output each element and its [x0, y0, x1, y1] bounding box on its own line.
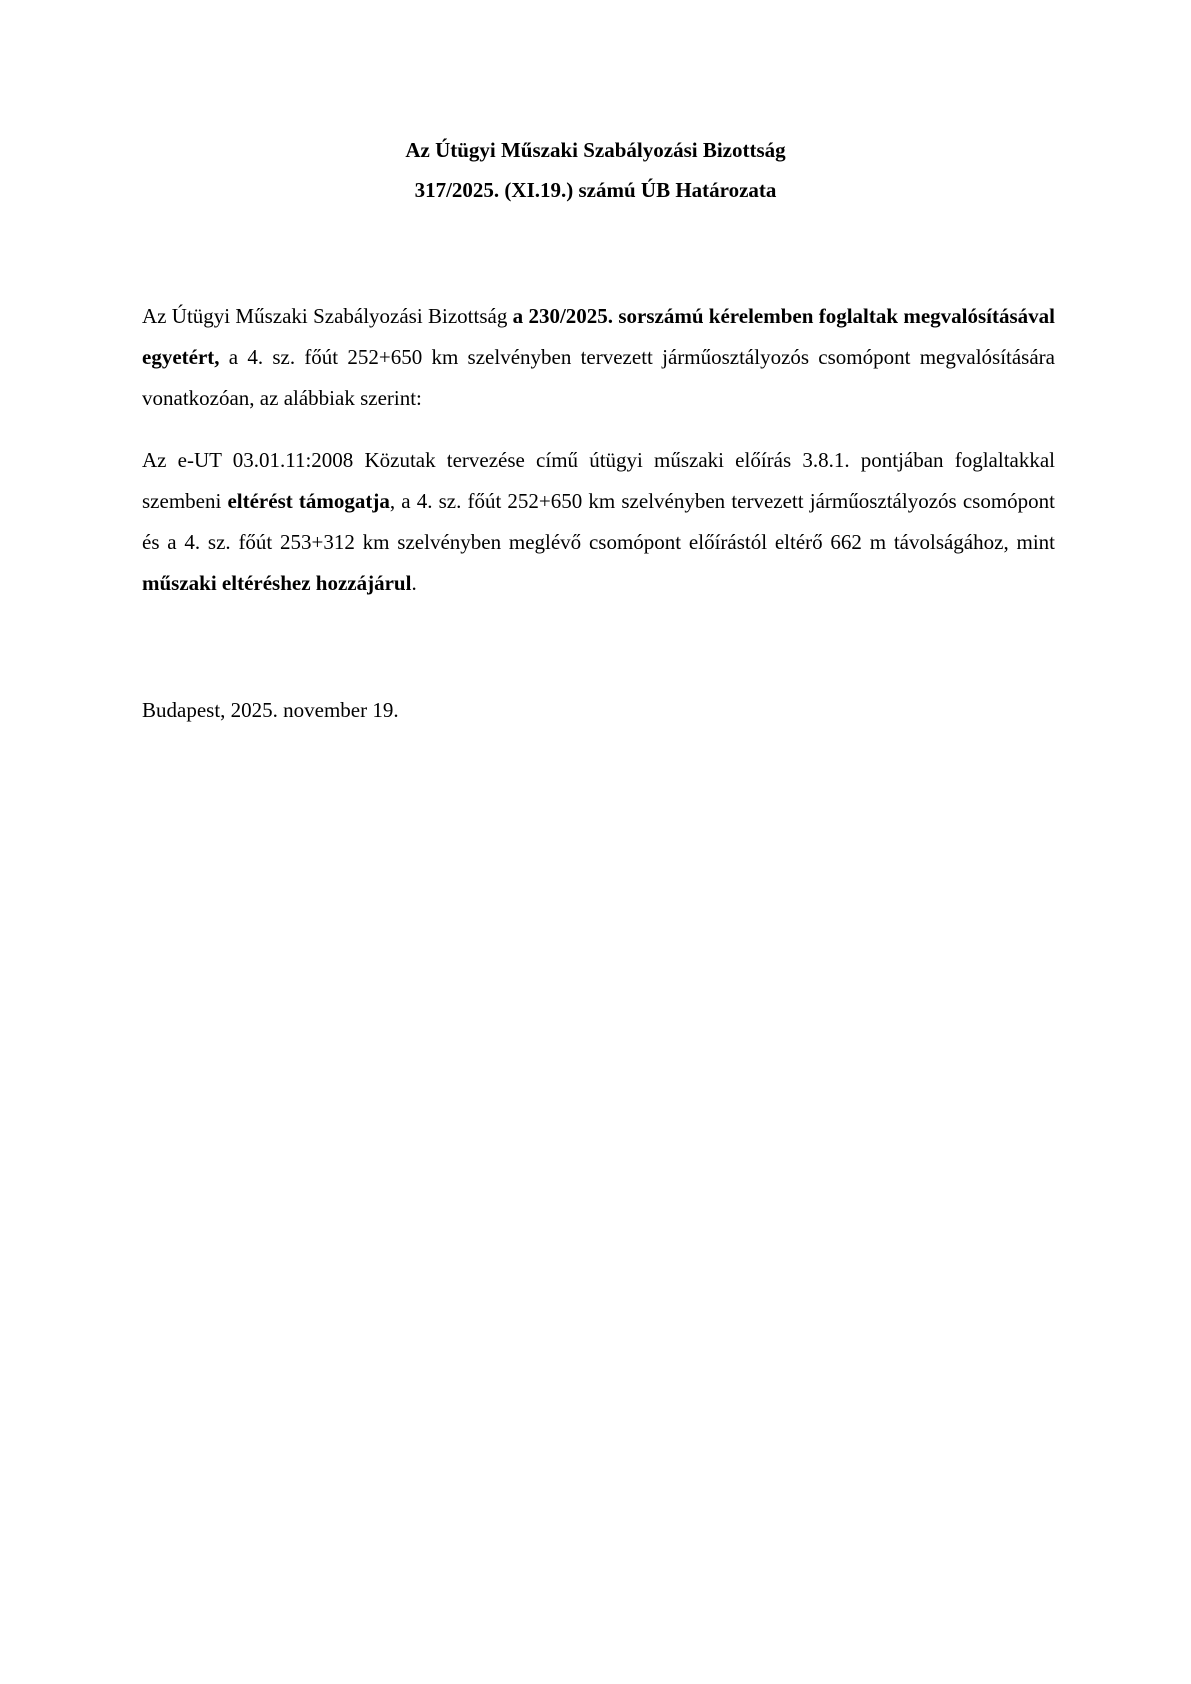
paragraph-decision-text-a: Az Útügyi Műszaki Szabályozási Bizottság	[142, 304, 513, 328]
document-title: Az Útügyi Műszaki Szabályozási Bizottság…	[0, 140, 1191, 220]
paragraph-decision: Az Útügyi Műszaki Szabályozási Bizottság…	[142, 296, 1055, 419]
paragraph-deviation-bold-a: eltérést támogatja	[227, 489, 389, 513]
paragraph-decision-text-b: a 4. sz. főút 252+650 km szelvényben ter…	[142, 345, 1055, 410]
paragraph-deviation-text-c: .	[411, 571, 416, 595]
date-line: Budapest, 2025. november 19.	[142, 690, 1055, 731]
document-page: Az Útügyi Műszaki Szabályozási Bizottság…	[0, 0, 1191, 1684]
title-resolution-number: 317/2025. (XI.19.) számú ÚB Határozata	[0, 180, 1191, 220]
paragraph-deviation: Az e-UT 03.01.11:2008 Közutak tervezése …	[142, 440, 1055, 604]
title-committee-name: Az Útügyi Műszaki Szabályozási Bizottság	[0, 140, 1191, 180]
paragraph-deviation-bold-b: műszaki eltéréshez hozzájárul	[142, 571, 411, 595]
